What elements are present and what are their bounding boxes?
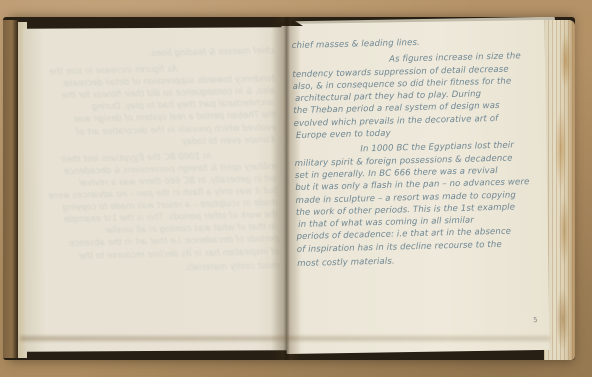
book-bottom-shadow [20, 336, 550, 341]
bleedthrough-line: chief masses & leading lines. [26, 45, 274, 63]
cover-edge-left [3, 20, 19, 358]
handwriting-line: chief masses & leading lines. [292, 34, 540, 53]
bleedthrough-text: chief masses & leading lines.As figures … [26, 45, 279, 277]
left-page: chief masses & leading lines.As figures … [23, 27, 288, 352]
handwriting-text: chief masses & leading lines.As figures … [292, 34, 546, 271]
notebook: chief masses & leading lines.As figures … [3, 17, 575, 360]
right-page: chief masses & leading lines.As figures … [281, 20, 549, 354]
page-edge-mark: 5 [533, 316, 538, 324]
photo-background: chief masses & leading lines.As figures … [0, 0, 592, 377]
